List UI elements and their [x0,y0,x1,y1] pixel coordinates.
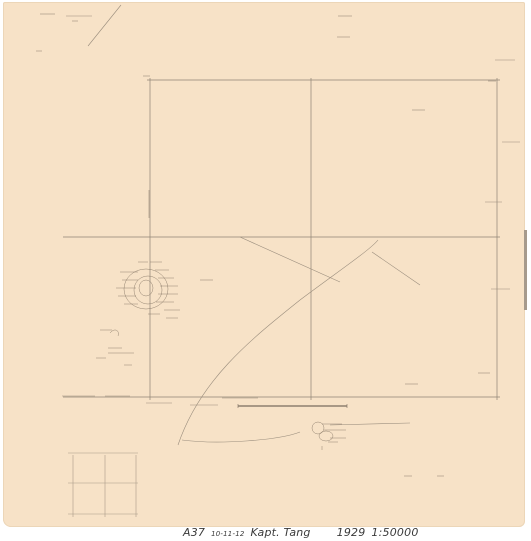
boundary-lines [88,5,420,445]
grid-lines [63,78,500,400]
map-title: Kapt. Tang [251,526,311,539]
map-scale: 1:50000 [371,526,418,539]
settlement-cluster [96,262,180,365]
faint-labels [36,14,520,476]
map-drawing [0,0,531,541]
index-grid [68,453,138,517]
map-year: 1929 [337,526,366,539]
scale-bar [238,404,347,408]
sheet-label: A3710-11-12Kapt. Tang19291:50000 [183,526,419,539]
sheet-id: A37 [183,526,205,539]
sheet-numbers: 10-11-12 [211,530,244,538]
island-cluster [312,422,346,450]
